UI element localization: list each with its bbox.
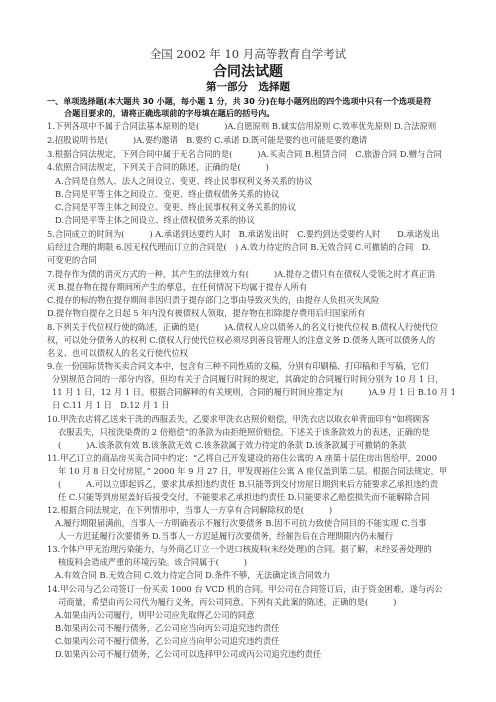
exam-page: 全国 2002 年 10 月高等教育自学考试 合同法试题 第一部分 选择题 一、… [0, 0, 496, 702]
question-13: 13.个体户甲无治理污染能力，与外商乙订立一个进口核废料(未经处理)的合同。据了… [47, 543, 432, 555]
question-9-cont3: 日 C.11 月 1 日 D.12 月 1 日 [52, 399, 170, 411]
question-3: 3.根据合同法规定，下列合同中属于无名合同的是( )A.买卖合同 B.租赁合同 … [47, 148, 442, 160]
question-7-option-c: C.提存的标的物在提存期间非因归责于提存部门之事由导致灭失的，由提存人负担灭失风… [47, 294, 379, 306]
question-14-cont: 司商量，希望由丙公司代为履行义务，丙公司同意。下列有关此案的陈述，正确的是( ) [58, 596, 396, 608]
question-12-options1: A.履行期限届满前，当事人一方明确表示不履行次要债务 B.因不可抗力致使合同目的… [55, 517, 427, 529]
question-2: 2.招股说明书是( )A.要约邀请 B.要约 C.承诺 D.既可能是要约也可能是… [47, 134, 367, 146]
question-12: 12.根据合同法规定，在下列情形中，当事人一方享有合同解除权的是( ) [47, 504, 332, 516]
question-11-cont3: 任 C.只能等到房屋盖好后接受交付，不能要求乙承担违约责任 D.只能要求乙赔偿损… [58, 491, 429, 503]
question-8-cont1: 权，可以处分债务人的权利 C.债权人行使代位权必须尽到善良管理人的注意义务 D.… [47, 334, 435, 346]
question-4-option-c: C.合同是平等主体之间设立、变更、终止民事权利义务关系的协议 [55, 201, 296, 213]
question-11-cont1: 年 10 月 8 日交付房屋。” 2000 年 9 月 27 日，甲发现裕住公寓… [58, 465, 447, 477]
question-9: 9.在一份国际货物买卖合同文本中，包含有三种不同性质的文稿，分别有印刷稿、打印稿… [47, 360, 428, 372]
question-9-cont1: 分别规范合同的一部分内容，但均有关于合同履行时间的规定，其确定的合同履行时间分别… [52, 373, 443, 385]
question-4-option-b: B.合同是平等主体之间设立、变更、终止债权债务关系的协议 [55, 188, 279, 200]
question-4-option-d: D.合同是平等主体之间设立、终止债权债务关系的协议 [55, 214, 255, 226]
question-8: 8.下列关于代位权行使的陈述，正确的是( )A.债权人应以债务人的名义行使代位权… [47, 321, 438, 333]
question-7-cont: 灭 B.提存物在提存期间所产生的孳息，在任何情况下均属于提存人所有 [47, 281, 307, 293]
question-14-option-d: D.如果丙公司不履行债务，乙公司可以选择甲公司或丙公司追究违约责任 [55, 648, 321, 660]
question-10: 10.甲洗衣店将乙送来干洗的西服丢失，乙要求甲洗衣店照价赔偿，甲洗衣店以取衣单背… [47, 413, 430, 425]
question-5: 5.合同成立的时间为( ) A.承诺到达要约人时 B.承诺发出时 C.要约到达受… [47, 228, 439, 240]
question-7: 7.提存作为债的消灭方式的一种，其产生的法律效力有( )A.提存之债只有在债权人… [47, 268, 435, 280]
question-8-cont2: 名义、也可以债权人的名义行使代位权 [47, 347, 188, 359]
question-5-6-cont: 后经过合理的期限 6.因无权代理而订立的合同是( ) A.效力待定的合同 B.无… [47, 241, 431, 253]
subject-title: 合同法试题 [0, 63, 496, 81]
question-10-cont1: 衣服丢失，只按洗染费的 2 倍赔偿”的条款为由拒绝照价赔偿。下述关于该条款效力的… [58, 426, 430, 438]
question-9-cont2: 11 月 1 日，12 月 1 日。根据合同解释的有关规则，合同的履行时间应推定… [52, 386, 456, 398]
question-11: 11.甲乙订立的商品房买卖合同中约定：“乙将自己开发建设的裕住公寓的 A 座第十… [47, 452, 437, 464]
question-11-cont2: ( A.可以立即起诉乙，要求其承担违约责任 B.只能等到交付房屋日期到来后方能要… [58, 478, 438, 490]
question-4-option-a: A.合同是自然人、法人之间设立、变更、终止民事权利义务关系的协议 [55, 175, 313, 187]
question-14-option-b: B.如果丙公司不履行债务，乙公司应当向丙公司追究违约责任 [55, 622, 279, 634]
exam-title: 全国 2002 年 10 月高等教育自学考试 [0, 47, 496, 61]
question-14-option-a: A.如果由丙公司履行，则甲公司应先取得乙公司的同意 [55, 609, 254, 621]
question-12-options2: 人一方迟延履行次要债务 D.当事人一方迟延履行次要债务，经催告后在合理期限内仍未… [58, 530, 393, 542]
question-13-cont: 核废料会造成严重的环境污染。该合同属于( ) [58, 556, 247, 568]
question-14: 14.甲公司与乙公司签订一份买卖 1000 台 VCD 机的合同。甲公司在合同签… [47, 583, 443, 595]
section-instruction-line2: 合题目要求的，请将正确选项前的字母填在题后的括号内。 [64, 107, 274, 119]
question-14-option-c: C.如果丙公司不履行债务，乙公司应当向甲公司追究违约责任 [55, 635, 279, 647]
question-13-options: A.有效合同 B.无效合同 C.效力待定合同 D.条件不够，无法确定该合同效力 [55, 569, 330, 581]
section-instruction-line1: 一、单项选择题(本大题共 30 小题，每小题 1 分，共 30 分)在每小题列出… [47, 95, 431, 107]
question-10-cont2: ( )A.该条款有效 B.该条款无效 C.该条款属于效力待定的条款 D.该条款属… [58, 439, 406, 451]
question-1: 1.下列各项中不属于合同法基本原则的是( )A.自愿原则 B.诚实信用原则 C.… [47, 120, 436, 132]
question-7-option-d: D.提存物自提存之日起 5 年内没有被债权人领取，提存物在扣除提存费用后归国家所… [47, 307, 365, 319]
part-title: 第一部分 选择题 [0, 80, 496, 94]
question-4: 4.依照合同法规定，下列关于合同的陈述，正确的是( ) [47, 161, 269, 173]
question-6-cont: 可变更的合同 [47, 254, 97, 266]
